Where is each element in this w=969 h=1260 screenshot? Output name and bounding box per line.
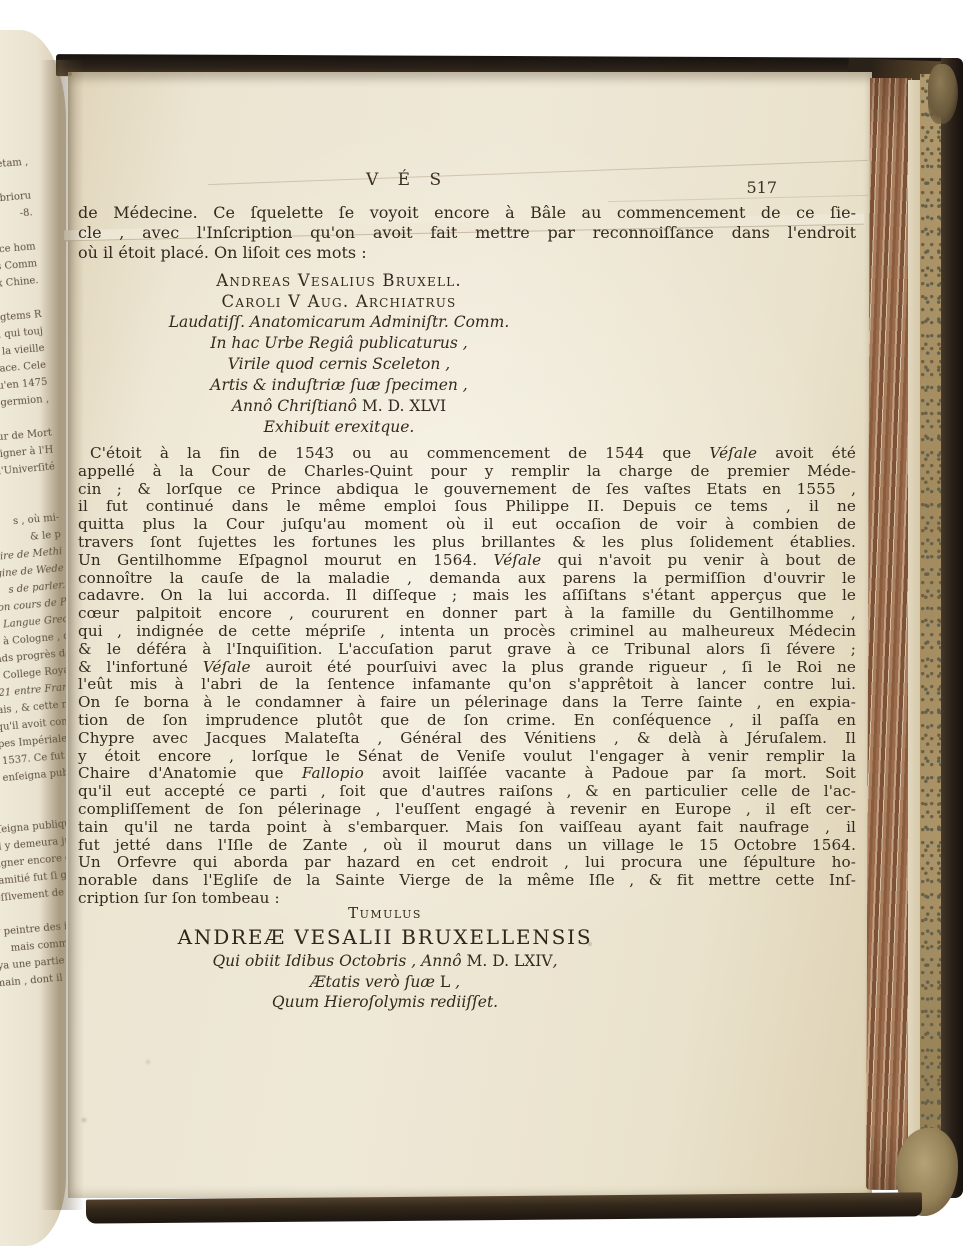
text-line: tion de ſon imprudence plutôt que de ſon… [78,712,856,730]
text-line: & l'infortuné Véſale auroit été pourſuiv… [78,659,856,677]
text-line: cadavre. On la lui accorda. Il diſſeque … [78,587,856,605]
text-line: C'étoit à la fin de 1543 ou au commencem… [78,445,856,463]
text-line: qu'il eut accepté ce parti , ſoit que d'… [78,783,856,801]
book-photograph: compendium retam , oſſerus celebrioru-8.… [0,0,969,1260]
text-line: de Médecine. Ce ſquelette ſe voyoit enco… [78,203,856,223]
text-line: Un Gentilhomme Eſpagnol mourut en 1564. … [78,552,856,570]
text-line: norable dans l'Egliſe de la Sainte Vierg… [78,872,856,890]
text-line: connoître la cauſe de la maladie , deman… [78,570,856,588]
text-line: & le déféra à l'Inquiſition. L'accuſatio… [78,641,856,659]
text-line: compliſſement de ſon pélerinage , l'euſſ… [78,801,856,819]
inscription-line: Artis & induſtriæ ſuæ ſpecimen , [78,375,600,396]
tomb-inscription: Tumulus ANDREÆ VESALII BRUXELLENSIS Qui … [78,903,692,1013]
page-content: V É S 517 de Médecine. Ce ſquelette ſe v… [78,72,856,1198]
text-line: quitta plus la Cour juſqu'au moment où i… [78,516,856,534]
text-line: Chypre avec Jacques Malateſta , Général … [78,730,856,748]
left-page-text-fragments: compendium retam , oſſerus celebrioru-8.… [0,154,66,996]
foxing-spots [68,72,72,76]
text-line: qui , indignée de cette mépriſe , intent… [78,623,856,641]
inscription-line: Quum Hieroſolymis rediiſſet. [78,992,692,1013]
tumulus-name-line: ANDREÆ VESALII BRUXELLENSIS [78,924,692,951]
text-line: l'eût mis à l'abri de la ſentence infama… [78,676,856,694]
text-line: Chaire d'Anatomie que Fallopio avoit lai… [78,765,856,783]
text-line: où il étoit placé. On liſoit ces mots : [78,243,856,263]
text-line: On ſe borna à le condamner à faire un pé… [78,694,856,712]
book-page: V É S 517 de Médecine. Ce ſquelette ſe v… [68,72,872,1198]
text-line: il fut continué dans le même emploi ſous… [78,498,856,516]
paragraph-continuation: de Médecine. Ce ſquelette ſe voyoit enco… [78,203,856,263]
page-number: 517 [746,178,777,197]
inscription-line: Exhibuit erexitque. [78,417,600,438]
text-line: travers ſont ſujettes les fortunes les p… [78,534,856,552]
inscription-line: Caroli V Aug. Archiatrus [78,291,600,312]
text-line: cœur palpitoit encore , coururent en don… [78,605,856,623]
text-line: cle , avec l'Inſcription qu'on avoit fai… [78,223,856,243]
fore-edge-pages [866,78,912,1190]
tumulus-title: Tumulus [78,903,692,924]
basel-skeleton-inscription: Andreas Vesalius Bruxell.Caroli V Aug. A… [78,270,600,438]
inscription-line: In hac Urbe Regiâ publicaturus , [78,333,600,354]
text-line: y étoit encore , lorſque le Sénat de Ven… [78,748,856,766]
marbled-board-edge [920,74,942,1178]
inscription-line: Virile quod cernis Sceleton , [78,354,600,375]
inscription-italic-lines: Laudatiſſ. Anatomicarum Adminiſtr. Comm.… [78,312,600,438]
tumulus-italic-lines: Qui obiit Idibus Octobris , Annô M. D. L… [78,951,692,1013]
left-page-edge: compendium retam , oſſerus celebrioru-8.… [0,30,66,1246]
inscription-line: Ætatis verò ſuæ L , [78,972,692,993]
inscription-line: Qui obiit Idibus Octobris , Annô M. D. L… [78,951,692,972]
inscription-line: Laudatiſſ. Anatomicarum Adminiſtr. Comm. [78,312,600,333]
text-line: appellé à la Cour de Charles-Quint pour … [78,463,856,481]
body-paragraph: C'étoit à la fin de 1543 ou au commencem… [78,445,856,908]
inscription-smallcaps-lines: Andreas Vesalius Bruxell.Caroli V Aug. A… [78,270,600,312]
text-line: fut jetté dans l'Iſle de Zante , où il m… [78,837,856,855]
text-line: tain qu'il ne tarda point à s'embarquer.… [78,819,856,837]
running-head: V É S [366,170,448,190]
inscription-line: Andreas Vesalius Bruxell. [78,270,600,291]
book-cover-right [941,58,963,1198]
text-line: cin ; & lorſque ce Prince abdiqua le gou… [78,481,856,499]
inscription-line: Annô Chriſtianô M. D. XLVI [78,396,600,417]
text-line: Un Orfevre qui aborda par hazard en cet … [78,854,856,872]
